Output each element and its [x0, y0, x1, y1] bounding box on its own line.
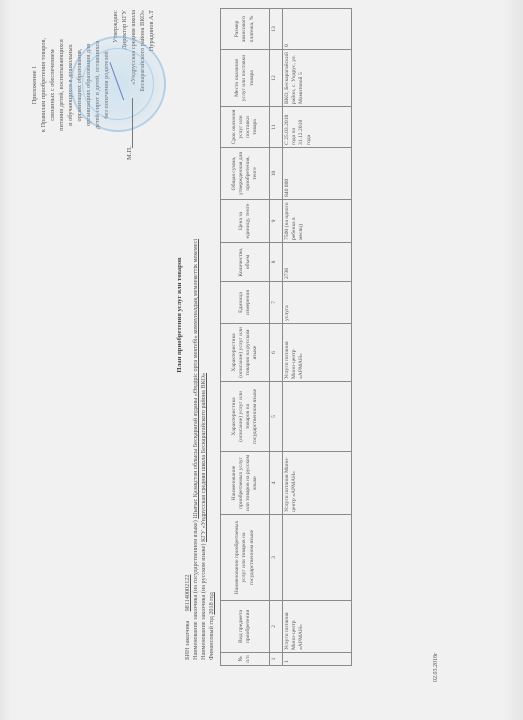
column-number: 5: [270, 382, 283, 452]
appendix-line: к Правилам приобретения товаров,: [39, 10, 48, 160]
cell-name-state: [283, 515, 352, 601]
mp-label: М.П.: [126, 146, 133, 160]
column-number: 13: [270, 9, 283, 50]
table-row: 1 Услуги питания Мини-центр «АРМАН» Услу…: [283, 9, 352, 666]
column-number: 12: [270, 50, 283, 107]
fiscal-year-line: Финансовый год 2018 год: [208, 592, 216, 660]
name-ru-line: Наименование заказчика (на русском языке…: [200, 373, 208, 660]
column-header: Место оказания услуг или поставки товара: [221, 50, 270, 107]
document-page: Приложение 1 к Правилам приобретения тов…: [0, 0, 523, 720]
cell-delivery-place: ВКО, Бескарагайский район, с. Ундрус, ул…: [283, 50, 352, 107]
column-header: Наименование приобретаемых услуг или тов…: [221, 515, 270, 601]
fiscal-year-label: Финансовый год: [208, 616, 215, 660]
name-state-label: Наименование заказчика (на государственн…: [192, 520, 199, 660]
document-date: 02.03.2018г: [433, 653, 439, 682]
bin-value: 981140002122: [184, 575, 191, 612]
column-number: 3: [270, 515, 283, 601]
column-header: Вид предмета приобретения: [221, 601, 270, 653]
purchase-plan-table: № п/п Вид предмета приобретения Наименов…: [220, 8, 352, 666]
appendix-line: связанных с обеспечением: [48, 10, 57, 160]
name-ru-value: КГУ «Ундрусская средняя школа Бескарагай…: [200, 373, 207, 542]
column-header: Срок оказания услуг или поставки товара: [221, 107, 270, 148]
column-number: 10: [270, 148, 283, 200]
page-title: План приобретения услуг или товаров: [176, 230, 183, 400]
cell-unit-price: 7500 (на одного ребенка в месяц): [283, 200, 352, 243]
column-header: Общая сумма, утвержденная для приобретен…: [221, 148, 270, 200]
cell-advance-payment: 0: [283, 9, 352, 50]
cell-quantity: 2736: [283, 243, 352, 282]
column-number: 2: [270, 601, 283, 653]
column-header: Цена за единицу, тенге: [221, 200, 270, 243]
scan-edge-top: [0, 0, 12, 720]
column-number: 4: [270, 452, 283, 515]
bin-label: БИН заказчика: [184, 621, 191, 660]
signature-line: [132, 98, 133, 148]
column-header: Характеристика (описание) услуг или това…: [221, 382, 270, 452]
appendix-line: питания детей, воспитывающихся: [57, 10, 66, 160]
column-number: 1: [270, 653, 283, 666]
column-header: Наименование приобретаемых услуг или тов…: [221, 452, 270, 515]
column-number: 8: [270, 243, 283, 282]
column-number: 9: [270, 200, 283, 243]
fiscal-year-value: 2018 год: [208, 592, 215, 614]
column-header: № п/п: [221, 653, 270, 666]
cell-name-ru: Услуги питания Мини-центр «АРМАН»: [283, 452, 352, 515]
bin-line: БИН заказчика 981140002122: [184, 575, 192, 660]
cell-unit: услуга: [283, 282, 352, 324]
column-number: 11: [270, 107, 283, 148]
name-ru-label: Наименование заказчика (на русском языке…: [200, 544, 207, 660]
table-header-row: № п/п Вид предмета приобретения Наименов…: [221, 9, 270, 666]
column-header: Единица измерения: [221, 282, 270, 324]
name-state-line: Наименование заказчика (на государственн…: [192, 239, 200, 660]
column-number: 6: [270, 324, 283, 382]
column-header: Количество, объем: [221, 243, 270, 282]
column-header: Характеристика (описание) услуг или това…: [221, 324, 270, 382]
cell-delivery-period: С 25.03.2018 года по 31.12.2018 года: [283, 107, 352, 148]
column-header: Размер авансового платежа, %: [221, 9, 270, 50]
scan-edge-bottom: [503, 0, 523, 720]
cell-description-ru: Услуги питания Мини-центр «АРМАН»: [283, 324, 352, 382]
cell-number: 1: [283, 653, 352, 666]
column-number: 7: [270, 282, 283, 324]
cell-total-amount: 840 000: [283, 148, 352, 200]
appendix-line: Приложение 1: [30, 10, 39, 160]
column-number-row: 1 2 3 4 5 6 7 8 9 10 11 12 13: [270, 9, 283, 666]
name-state-value: Шығыс Қазақстан облысы Бесқарағай ауданы…: [192, 239, 199, 519]
cell-description-state: [283, 382, 352, 452]
cell-subject-type: Услуги питания Мини-центр «АРМАН»: [283, 601, 352, 653]
